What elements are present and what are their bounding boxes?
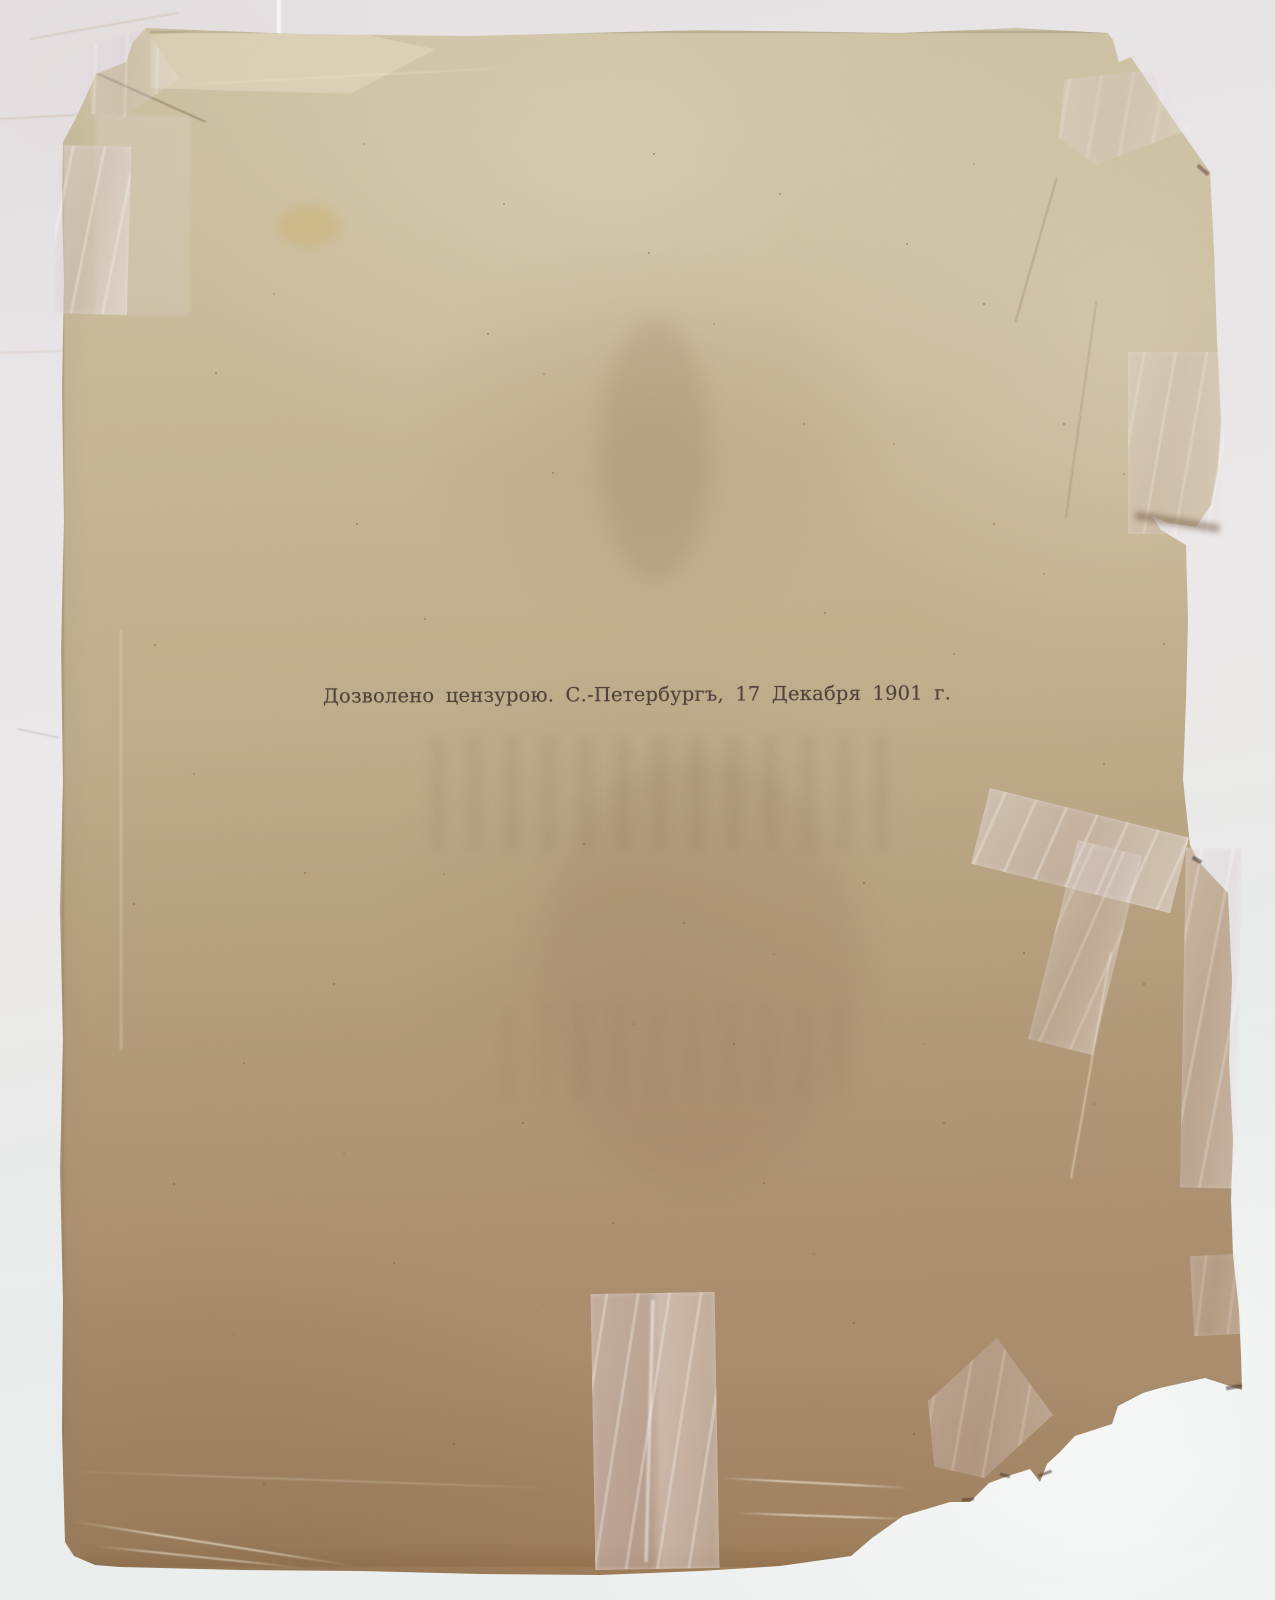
backdrop-scratch <box>18 728 59 739</box>
tear-accent <box>962 1497 974 1501</box>
tape-strip-left-edge <box>53 145 131 315</box>
tape-strip-right-edge-vertical <box>1180 848 1242 1189</box>
tape-strip-right-flap <box>1128 352 1224 534</box>
paper-specks <box>0 0 2 2</box>
tape-strip-right-lower <box>1190 1254 1242 1336</box>
backdrop-white-line <box>277 0 281 36</box>
tape-strip-bottom-center <box>591 1292 720 1570</box>
paper-specks <box>0 0 2 2</box>
photo-backdrop: Дозволено цензурою. С.-Петербургъ, 17 Де… <box>0 0 1275 1600</box>
